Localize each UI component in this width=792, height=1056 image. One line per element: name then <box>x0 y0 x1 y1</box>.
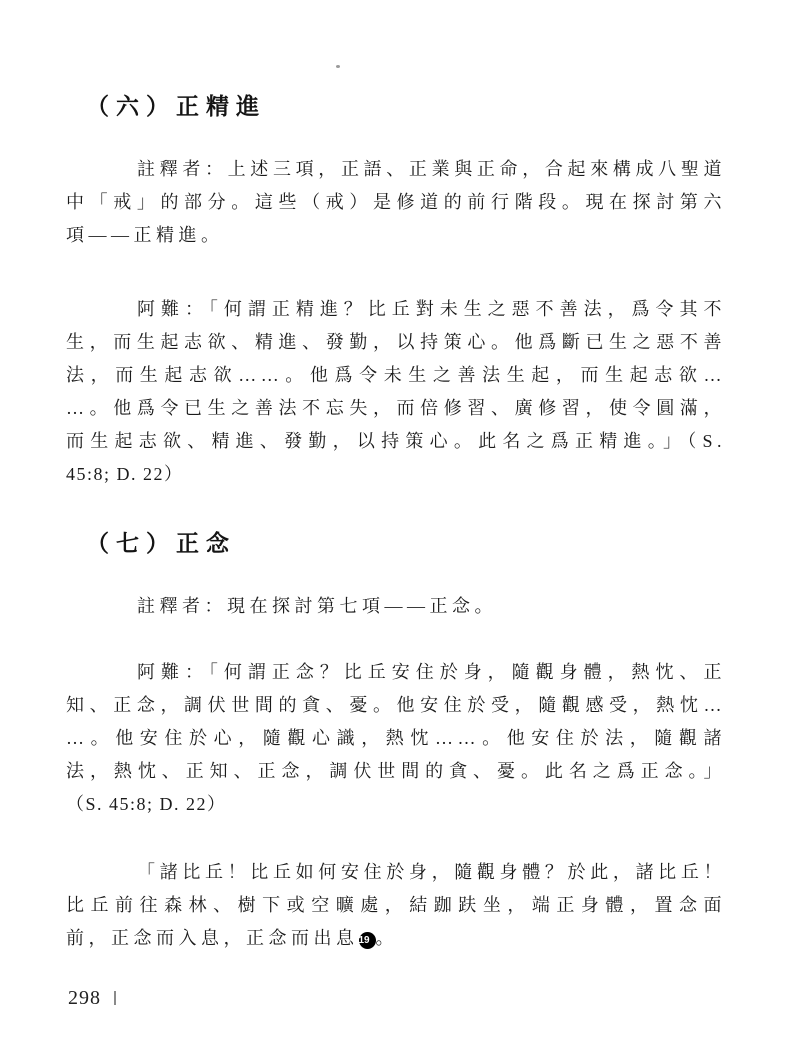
text-line: 生，而生起志欲、精進、發勤，以持策心。他爲斷已生之惡不善 <box>66 326 726 359</box>
footer-divider-bar <box>114 991 116 1005</box>
text-line: 註釋者：上述三項，正語、正業與正命，合起來構成八聖道 <box>66 153 726 186</box>
footnote-ref-marker: 19 <box>359 932 376 949</box>
text-line: 前，正念而入息，正念而出息19。 <box>66 922 726 955</box>
page-number: 298 <box>68 987 101 1010</box>
text-line: 法，而生起志欲……。他爲令未生之善法生起，而生起志欲… <box>66 359 726 392</box>
text-line: 法，熱忱、正知、正念，調伏世間的貪、憂。此名之爲正念。」 <box>66 755 726 788</box>
paragraph-commentator-seven: 註釋者：現在探討第七項——正念。 <box>66 590 726 623</box>
text-line: 「諸比丘！比丘如何安住於身，隨觀身體？於此，諸比丘！ <box>66 856 726 889</box>
text-line: 阿難：「何謂正念？比丘安住於身，隨觀身體，熱忱、正 <box>66 656 726 689</box>
text-line: 而生起志欲、精進、發勤，以持策心。此名之爲正精進。」（S. <box>66 425 726 458</box>
section-heading-six: （六）正精進 <box>86 92 726 122</box>
text-segment: （S. 45:8; D. 22） <box>66 794 227 814</box>
text-segment: 。 <box>376 928 399 948</box>
page-footer: 298 <box>68 986 116 1010</box>
scan-artifact-dot <box>336 65 340 68</box>
text-segment: 45:8; D. 22） <box>66 464 184 484</box>
text-line: 項——正精進。 <box>66 219 726 252</box>
text-line: 知、正念，調伏世間的貪、憂。他安住於受，隨觀感受，熱忱… <box>66 689 726 722</box>
text-line: 中「戒」的部分。這些（戒）是修道的前行階段。現在探討第六 <box>66 186 726 219</box>
text-line: 比丘前往森林、樹下或空曠處，結跏趺坐，端正身體，置念面 <box>66 889 726 922</box>
book-page: （六）正精進 註釋者：上述三項，正語、正業與正命，合起來構成八聖道中「戒」的部分… <box>0 0 792 1056</box>
text-line: 阿難：「何謂正精進？比丘對未生之惡不善法，爲令其不 <box>66 293 726 326</box>
paragraph-mindfulness-of-body: 「諸比丘！比丘如何安住於身，隨觀身體？於此，諸比丘！比丘前往森林、樹下或空曠處，… <box>66 856 726 955</box>
paragraph-ananda-seven: 阿難：「何謂正念？比丘安住於身，隨觀身體，熱忱、正知、正念，調伏世間的貪、憂。他… <box>66 656 726 821</box>
text-line: 45:8; D. 22） <box>66 458 726 491</box>
text-line: 註釋者：現在探討第七項——正念。 <box>66 590 726 623</box>
page-content: （六）正精進 註釋者：上述三項，正語、正業與正命，合起來構成八聖道中「戒」的部分… <box>0 92 792 955</box>
paragraph-ananda-six: 阿難：「何謂正精進？比丘對未生之惡不善法，爲令其不生，而生起志欲、精進、發勤，以… <box>66 293 726 491</box>
text-line: …。他爲令已生之善法不忘失，而倍修習、廣修習，使令圓滿， <box>66 392 726 425</box>
text-segment: 前，正念而入息，正念而出息 <box>66 928 359 948</box>
text-line: （S. 45:8; D. 22） <box>66 788 726 821</box>
paragraph-commentator-six: 註釋者：上述三項，正語、正業與正命，合起來構成八聖道中「戒」的部分。這些（戒）是… <box>66 153 726 252</box>
text-line: …。他安住於心，隨觀心識，熱忱……。他安住於法，隨觀諸 <box>66 722 726 755</box>
section-heading-seven: （七）正念 <box>86 529 726 559</box>
